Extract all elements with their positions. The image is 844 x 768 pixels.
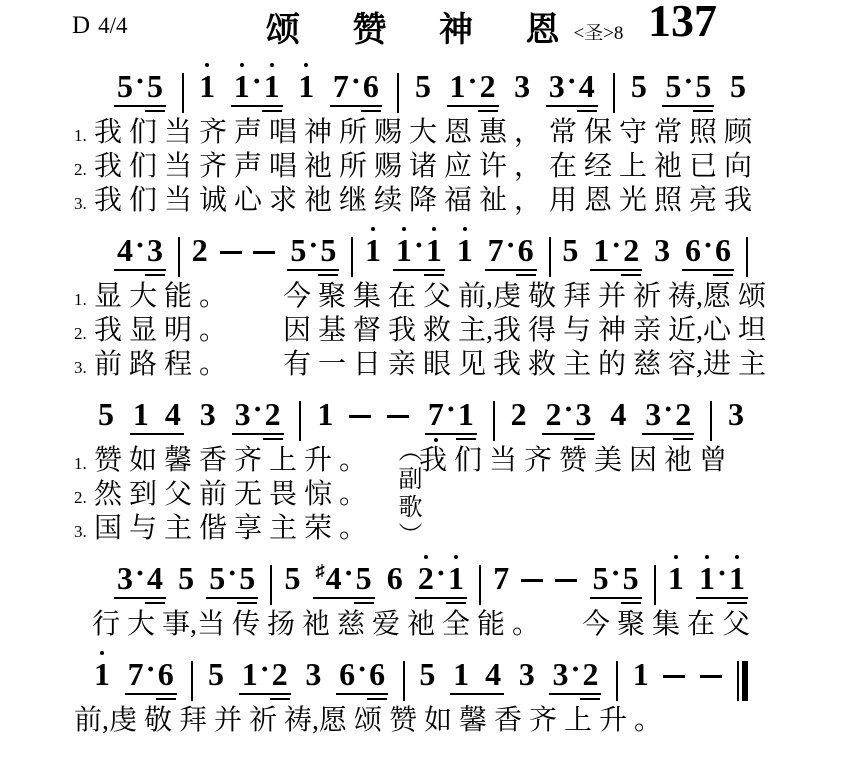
- note: 5: [209, 562, 225, 594]
- note-group: 7·6: [125, 658, 177, 695]
- note: 3: [549, 70, 565, 102]
- duration-dot-icon: ·: [344, 559, 354, 589]
- note: 6: [685, 234, 701, 266]
- verse-number: 2.: [74, 324, 94, 344]
- duration-dot-icon: ·: [146, 655, 156, 685]
- verse-number: 1.: [74, 126, 94, 146]
- note: 2: [511, 398, 527, 430]
- note-group: 2·3: [542, 398, 594, 435]
- note: 5: [320, 234, 336, 266]
- music-line-3: 51433·217·122·343·23: [98, 386, 744, 430]
- note-digit: 2: [418, 560, 434, 596]
- note-digit: 4: [485, 656, 501, 692]
- duration-dot-icon: ·: [703, 231, 713, 261]
- note-digit: 2: [480, 68, 496, 104]
- dash: [349, 415, 371, 418]
- music-line-5: 17·651·236·651433·21: [94, 646, 748, 690]
- note-digit: 5: [419, 656, 435, 692]
- duration-dot-icon: ·: [252, 67, 262, 97]
- note: 7: [428, 398, 444, 430]
- note-group: 1·1: [231, 70, 283, 107]
- note: 3: [117, 562, 133, 594]
- note: 3: [200, 398, 216, 430]
- note-group: 6·6: [336, 658, 388, 695]
- note-group: 5·5: [662, 70, 714, 107]
- note-digit: 6: [339, 656, 355, 692]
- verse-number: 1.: [74, 290, 94, 310]
- note-group: 5·5: [287, 234, 339, 271]
- duration-dot-icon: ·: [260, 655, 270, 685]
- barline: [299, 401, 301, 441]
- verse-number: 3.: [74, 194, 94, 214]
- note: 3: [235, 398, 251, 430]
- verse-number: 2.: [74, 160, 94, 180]
- duration-dot-icon: ·: [611, 231, 621, 261]
- verse-text: 前 路 程 。 有 一 日 亲 眼 见 我 救 主 的 慈 容,进 主: [94, 342, 766, 382]
- dash: [387, 415, 409, 418]
- system-2: 4·325·511·117·651·236·6 1. 显 大 能 。 今 聚 集…: [0, 222, 844, 376]
- note: 4: [579, 70, 595, 102]
- note: 2: [582, 658, 598, 690]
- note: 1: [396, 234, 412, 266]
- note-digit: 1: [633, 656, 649, 692]
- note-digit: 7: [428, 396, 444, 432]
- note: 6: [387, 562, 403, 594]
- note-group: 5·5: [206, 562, 258, 599]
- note: 1: [426, 234, 442, 266]
- note-digit: 2: [192, 232, 208, 268]
- note-digit: 7: [128, 656, 144, 692]
- note: 3: [305, 658, 321, 690]
- note-digit: 5: [623, 560, 639, 596]
- note-digit: 2: [272, 656, 288, 692]
- hymn-title: 颂 赞 神 恩: [266, 12, 582, 49]
- barline: [746, 237, 748, 277]
- note: 4: [147, 562, 163, 594]
- duration-dot-icon: ·: [570, 655, 580, 685]
- duration-dot-icon: ·: [414, 231, 424, 261]
- note: 7: [488, 234, 504, 266]
- note: 5: [290, 234, 306, 266]
- note-group: 3·2: [642, 398, 694, 435]
- note-digit: 5: [356, 560, 372, 596]
- note: 5: [239, 562, 255, 594]
- duration-dot-icon: ·: [135, 231, 145, 261]
- note: 2: [623, 234, 639, 266]
- note-digit: 2: [623, 232, 639, 268]
- note: 1: [298, 70, 314, 102]
- note-digit: 1: [426, 232, 442, 268]
- note-digit: 6: [518, 232, 534, 268]
- note-digit: 1: [458, 396, 474, 432]
- lyric-text: 前,虔 敬 拜 并 祈 祷,愿 颂 赞 如 馨 香 齐 上 升 。: [74, 698, 662, 738]
- note-group: 4·3: [114, 234, 166, 271]
- duration-dot-icon: ·: [446, 395, 456, 425]
- note: 7: [128, 658, 144, 690]
- title-block: 颂 赞 神 恩<圣>8: [266, 2, 623, 51]
- note-digit: 6: [158, 656, 174, 692]
- music-line-1: 5·511·117·651·233·455·55: [114, 58, 746, 102]
- duration-dot-icon: ·: [683, 67, 693, 97]
- note: 2: [675, 398, 691, 430]
- note-digit: 1: [317, 396, 333, 432]
- note-digit: 1: [699, 560, 715, 596]
- verse-row: 3. 我 们 当 诚 心 求 祂 继 续 降 福 祉 ， 用 恩 光 照 亮 我: [0, 178, 844, 212]
- note: 1: [264, 70, 280, 102]
- note: 3: [654, 234, 670, 266]
- note: 5: [98, 398, 114, 430]
- note: 5: [208, 658, 224, 690]
- note: 1: [133, 398, 149, 430]
- note-group: 3·4: [546, 70, 598, 107]
- barline: [397, 73, 399, 113]
- note-digit: 5: [98, 396, 114, 432]
- lyric-row: 前,虔 敬 拜 并 祈 祷,愿 颂 赞 如 馨 香 齐 上 升 。: [0, 698, 844, 732]
- note-digit: 1: [242, 656, 258, 692]
- dash: [555, 579, 577, 582]
- note-digit: 1: [133, 396, 149, 432]
- duration-dot-icon: ·: [135, 67, 145, 97]
- duration-dot-icon: ·: [308, 231, 318, 261]
- note-digit: 7: [493, 560, 509, 596]
- note: 2: [272, 658, 288, 690]
- final-barline-thick: [742, 661, 748, 701]
- note-digit: 5: [665, 68, 681, 104]
- verse-row: 1. 显 大 能 。 今 聚 集 在 父 前,虔 敬 拜 并 祈 祷,愿 颂: [0, 274, 844, 308]
- note: 1: [448, 562, 464, 594]
- refrain-label: （副歌）: [390, 438, 424, 540]
- header: D4/4 颂 赞 神 恩<圣>8 137: [0, 0, 844, 48]
- note-digit: 5: [147, 68, 163, 104]
- note-digit: 4: [147, 560, 163, 596]
- note: 1: [699, 562, 715, 594]
- note-digit: 1: [457, 232, 473, 268]
- note: 3: [519, 658, 535, 690]
- note: 1: [593, 234, 609, 266]
- note: 3: [147, 234, 163, 266]
- time-signature: 4/4: [98, 13, 127, 38]
- note-digit: 3: [654, 232, 670, 268]
- note-digit: 3: [552, 656, 568, 692]
- duration-dot-icon: ·: [563, 395, 573, 425]
- note-group: 7·6: [485, 234, 537, 271]
- note-digit: 3: [519, 656, 535, 692]
- verse-text-refrain: 我 们 当 齐 赞 美 因 祂 曾: [419, 438, 727, 478]
- note: 5: [593, 562, 609, 594]
- note: 6: [369, 658, 385, 690]
- note: 6: [158, 658, 174, 690]
- note: 1: [199, 70, 215, 102]
- note-digit: 1: [365, 232, 381, 268]
- note: 1: [668, 562, 684, 594]
- note: ♯4: [316, 562, 342, 594]
- verse-row: 3. 前 路 程 。 有 一 日 亲 眼 见 我 救 主 的 慈 容,进 主: [0, 342, 844, 376]
- duration-dot-icon: ·: [567, 67, 577, 97]
- dash: [253, 251, 275, 254]
- note: 4: [117, 234, 133, 266]
- note-group: 1·2: [590, 234, 642, 271]
- note: 1: [453, 658, 469, 690]
- note: 1: [365, 234, 381, 266]
- duration-dot-icon: ·: [351, 67, 361, 97]
- note: 3: [576, 398, 592, 430]
- note: 5: [419, 658, 435, 690]
- verse-number: 3.: [74, 358, 94, 378]
- verse-number: 1.: [74, 454, 94, 474]
- note-digit: 2: [675, 396, 691, 432]
- note: 5: [631, 70, 647, 102]
- note-digit: 5: [631, 68, 647, 104]
- verse-row: 2. 我 们 当 齐 声 唱 祂 所 赐 诸 应 许 ， 在 经 上 祂 已 向: [0, 144, 844, 178]
- note-digit: 4: [579, 68, 595, 104]
- note-digit: 6: [387, 560, 403, 596]
- barline: [270, 565, 272, 605]
- note: 5: [178, 562, 194, 594]
- lyric-row: 行 大 事,当 传 扬 祂 慈 爱 祂 全 能 。 今 聚 集 在 父: [0, 602, 844, 636]
- note-digit: 5: [239, 560, 255, 596]
- note-digit: 1: [729, 560, 745, 596]
- duration-dot-icon: ·: [436, 559, 446, 589]
- note-digit: 3: [305, 656, 321, 692]
- note-digit: 5: [208, 656, 224, 692]
- note-digit: 5: [593, 560, 609, 596]
- barline: [178, 237, 180, 277]
- system-3: 51433·217·122·343·23 （副歌） 1. 赞 如 馨 香 齐 上…: [0, 386, 844, 540]
- duration-dot-icon: ·: [468, 67, 478, 97]
- music-line-2: 4·325·511·117·651·236·6: [114, 222, 748, 266]
- note-digit: 6: [685, 232, 701, 268]
- barline: [191, 661, 193, 701]
- note-digit: 1: [453, 656, 469, 692]
- note-digit: 1: [199, 68, 215, 104]
- duration-dot-icon: ·: [253, 395, 263, 425]
- note: 2: [265, 398, 281, 430]
- note: 2: [418, 562, 434, 594]
- note-group: 1·1: [696, 562, 748, 599]
- note-digit: 6: [369, 656, 385, 692]
- verse-number: 3.: [74, 522, 94, 542]
- duration-dot-icon: ·: [663, 395, 673, 425]
- verse-row: 1. 我 们 当 齐 声 唱 神 所 赐 大 恩 惠 ， 常 保 守 常 照 顾: [0, 110, 844, 144]
- note-group: 7·1: [425, 398, 477, 435]
- note: 4: [610, 398, 626, 430]
- note-digit: 2: [265, 396, 281, 432]
- note-digit: 1: [234, 68, 250, 104]
- note-group: 1·1: [393, 234, 445, 271]
- note: 7: [493, 562, 509, 594]
- note: 6: [715, 234, 731, 266]
- note: 2: [192, 234, 208, 266]
- note-digit: 5: [415, 68, 431, 104]
- note: 2: [545, 398, 561, 430]
- final-barline-thin: [737, 661, 739, 701]
- note-digit: 1: [396, 232, 412, 268]
- note-group: 5·5: [590, 562, 642, 599]
- note-digit: 2: [511, 396, 527, 432]
- note: 5: [356, 562, 372, 594]
- note-digit: 1: [593, 232, 609, 268]
- note-digit: 6: [363, 68, 379, 104]
- note-digit: 1: [450, 68, 466, 104]
- note: 1: [458, 398, 474, 430]
- note-group: 2·1: [415, 562, 467, 599]
- note-digit: 1: [668, 560, 684, 596]
- note-group: 6·6: [682, 234, 734, 271]
- key-time-signature: D4/4: [72, 12, 127, 40]
- note: 3: [514, 70, 530, 102]
- note-digit: 5: [730, 68, 746, 104]
- note-digit: 1: [448, 560, 464, 596]
- note: 5: [562, 234, 578, 266]
- note: 4: [485, 658, 501, 690]
- note: 6: [518, 234, 534, 266]
- system-4: 3·455·55♯4·562·175·511·1 行 大 事,当 传 扬 祂 慈…: [0, 550, 844, 636]
- note-digit: 5: [209, 560, 225, 596]
- barline: [403, 661, 405, 701]
- note: 3: [728, 398, 744, 430]
- note-digit: 2: [582, 656, 598, 692]
- note-digit: 5: [285, 560, 301, 596]
- note: 5: [623, 562, 639, 594]
- dash: [220, 251, 242, 254]
- note: 5: [415, 70, 431, 102]
- note-digit: 3: [728, 396, 744, 432]
- note: 1: [242, 658, 258, 690]
- note-digit: 6: [715, 232, 731, 268]
- hymn-annotation: <圣>8: [574, 23, 624, 44]
- verse-row: 2. 我 显 明 。 因 基 督 我 救 主,我 得 与 神 亲 近,心 坦: [0, 308, 844, 342]
- barline: [479, 565, 481, 605]
- barline: [613, 73, 615, 113]
- note-digit: 3: [549, 68, 565, 104]
- hymn-sheet-page: D4/4 颂 赞 神 恩<圣>8 137 5·511·117·651·233·4…: [0, 0, 844, 768]
- duration-dot-icon: ·: [611, 559, 621, 589]
- note-digit: 3: [514, 68, 530, 104]
- note-digit: 5: [290, 232, 306, 268]
- note-digit: 3: [200, 396, 216, 432]
- barline: [351, 237, 353, 277]
- barline: [654, 565, 656, 605]
- note-group: 7·6: [330, 70, 382, 107]
- note: 1: [633, 658, 649, 690]
- note-digit: 4: [117, 232, 133, 268]
- note-group: 3·4: [114, 562, 166, 599]
- note: 1: [729, 562, 745, 594]
- note: 1: [234, 70, 250, 102]
- duration-dot-icon: ·: [227, 559, 237, 589]
- lyric-text: 行 大 事,当 传 扬 祂 慈 爱 祂 全 能 。 今 聚 集 在 父: [92, 602, 750, 642]
- system-1: 5·511·117·651·233·455·55 1. 我 们 当 齐 声 唱 …: [0, 58, 844, 212]
- barline: [616, 661, 618, 701]
- note-group: 14: [130, 398, 184, 435]
- note-digit: 7: [333, 68, 349, 104]
- note: 1: [94, 658, 110, 690]
- note-group: 1·2: [239, 658, 291, 695]
- note-group: 3·2: [549, 658, 601, 695]
- note: 7: [333, 70, 349, 102]
- note: 2: [480, 70, 496, 102]
- note-digit: 2: [545, 396, 561, 432]
- note-digit: 5: [178, 560, 194, 596]
- note-digit: 3: [235, 396, 251, 432]
- note: 4: [165, 398, 181, 430]
- note-group: 14: [450, 658, 504, 695]
- note-digit: 5: [562, 232, 578, 268]
- hymn-number: 137: [648, 0, 717, 47]
- barline: [549, 237, 551, 277]
- music-line-4: 3·455·55♯4·562·175·511·1: [114, 550, 748, 594]
- note-digit: 1: [298, 68, 314, 104]
- note-digit: 5: [695, 68, 711, 104]
- note: 1: [317, 398, 333, 430]
- note-group: ♯4·5: [313, 562, 375, 599]
- note: 6: [339, 658, 355, 690]
- note: 3: [552, 658, 568, 690]
- system-5: 17·651·236·651433·21 前,虔 敬 拜 并 祈 祷,愿 颂 赞…: [0, 646, 844, 732]
- note: 1: [457, 234, 473, 266]
- note: 5: [147, 70, 163, 102]
- barline: [710, 401, 712, 441]
- sharp-icon: ♯: [316, 561, 325, 581]
- note: 5: [665, 70, 681, 102]
- dash: [663, 675, 685, 678]
- note: 5: [117, 70, 133, 102]
- dash: [700, 675, 722, 678]
- note-digit: 3: [147, 232, 163, 268]
- duration-dot-icon: ·: [717, 559, 727, 589]
- note: 5: [730, 70, 746, 102]
- verse-number: 2.: [74, 488, 94, 508]
- final-barline: [737, 661, 748, 701]
- note: 5: [285, 562, 301, 594]
- note-digit: 3: [645, 396, 661, 432]
- note: 6: [363, 70, 379, 102]
- note-digit: 1: [94, 656, 110, 692]
- note: 3: [645, 398, 661, 430]
- note-digit: 7: [488, 232, 504, 268]
- note-digit: 4: [326, 560, 342, 596]
- barline: [493, 401, 495, 441]
- note-group: 3·2: [232, 398, 284, 435]
- note: 1: [450, 70, 466, 102]
- note-group: 5·5: [114, 70, 166, 107]
- duration-dot-icon: ·: [357, 655, 367, 685]
- note-digit: 3: [576, 396, 592, 432]
- note-digit: 4: [165, 396, 181, 432]
- note: 5: [695, 70, 711, 102]
- key-signature: D: [72, 12, 90, 39]
- note-digit: 5: [117, 68, 133, 104]
- duration-dot-icon: ·: [506, 231, 516, 261]
- verse-text: 国 与 主 偕 享 主 荣 。: [94, 506, 367, 546]
- barline: [182, 73, 184, 113]
- note-group: 1·2: [447, 70, 499, 107]
- note-digit: 5: [320, 232, 336, 268]
- duration-dot-icon: ·: [135, 559, 145, 589]
- dash: [521, 579, 543, 582]
- note-digit: 4: [610, 396, 626, 432]
- note-digit: 1: [264, 68, 280, 104]
- verse-text: 我 们 当 诚 心 求 祂 继 续 降 福 祉 ， 用 恩 光 照 亮 我: [94, 178, 752, 218]
- note-digit: 3: [117, 560, 133, 596]
